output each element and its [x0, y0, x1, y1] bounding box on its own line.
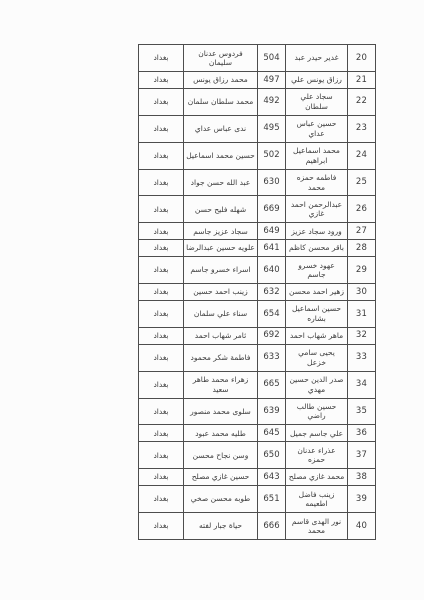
table-row: 34 صدر الدين حسين مهدي 665 زهراء محمد طا…: [139, 371, 376, 398]
city-cell: بغداد: [139, 169, 184, 196]
student-name-cell: صدر الدين حسين مهدي: [286, 371, 348, 398]
row-number-cell: 29: [348, 257, 376, 284]
score-cell: 692: [258, 327, 286, 344]
second-name-cell: حياة جبار لفته: [184, 513, 258, 540]
second-name-cell: سجاد عزيز جاسم: [184, 223, 258, 240]
row-number-cell: 40: [348, 513, 376, 540]
second-name-cell: ثامر شهاب احمد: [184, 327, 258, 344]
student-name-cell: حسين عباس عداي: [286, 115, 348, 142]
city-cell: بغداد: [139, 71, 184, 88]
second-name-cell: عبد الله حسن جواد: [184, 169, 258, 196]
score-cell: 504: [258, 45, 286, 72]
score-cell: 633: [258, 344, 286, 371]
score-cell: 669: [258, 196, 286, 223]
score-cell: 641: [258, 240, 286, 257]
score-cell: 497: [258, 71, 286, 88]
row-number-cell: 21: [348, 71, 376, 88]
table-row: 38 محمد غازي مصلح 643 حسين غازي مصلح بغد…: [139, 469, 376, 486]
student-name-cell: حسين طالب راضي: [286, 398, 348, 425]
second-name-cell: حسين محمد اسماعيل: [184, 142, 258, 169]
row-number-cell: 32: [348, 327, 376, 344]
student-name-cell: غدير حيدر عبد: [286, 45, 348, 72]
second-name-cell: اسراء خسرو جاسم: [184, 257, 258, 284]
city-cell: بغداد: [139, 513, 184, 540]
table-row: 27 ورود سجاد عزيز 649 سجاد عزيز جاسم بغد…: [139, 223, 376, 240]
scanned-page: 20 غدير حيدر عبد 504 فردوس عدنان سليمان …: [0, 0, 424, 600]
table-row: 29 عهود خسرو جاسم 640 اسراء خسرو جاسم بغ…: [139, 257, 376, 284]
student-name-cell: ورود سجاد عزيز: [286, 223, 348, 240]
second-name-cell: سلوى محمد منصور: [184, 398, 258, 425]
student-name-cell: محمد اسماعيل ابراهيم: [286, 142, 348, 169]
second-name-cell: فاطمة شكر محمود: [184, 344, 258, 371]
city-cell: بغداد: [139, 344, 184, 371]
student-name-cell: باقر محسن كاظم: [286, 240, 348, 257]
student-name-cell: عذراء عدنان حمزه: [286, 442, 348, 469]
table-row: 24 محمد اسماعيل ابراهيم 502 حسين محمد اس…: [139, 142, 376, 169]
student-name-cell: فاطمه حمزه محمد: [286, 169, 348, 196]
city-cell: بغداد: [139, 398, 184, 425]
second-name-cell: فردوس عدنان سليمان: [184, 45, 258, 72]
row-number-cell: 24: [348, 142, 376, 169]
row-number-cell: 36: [348, 425, 376, 442]
city-cell: بغداد: [139, 371, 184, 398]
score-cell: 639: [258, 398, 286, 425]
table-row: 22 سجاد علي سلطان 492 محمد سلطان سلمان ب…: [139, 88, 376, 115]
row-number-cell: 22: [348, 88, 376, 115]
score-cell: 651: [258, 486, 286, 513]
student-name-cell: عبدالرحمن احمد غازي: [286, 196, 348, 223]
table-row: 40 نور الهدى قاسم محمد 666 حياة جبار لفت…: [139, 513, 376, 540]
table-row: 25 فاطمه حمزه محمد 630 عبد الله حسن جواد…: [139, 169, 376, 196]
second-name-cell: وسن نجاح محسن: [184, 442, 258, 469]
city-cell: بغداد: [139, 45, 184, 72]
city-cell: بغداد: [139, 240, 184, 257]
second-name-cell: علويه حسين عبدالرضا: [184, 240, 258, 257]
score-cell: 632: [258, 284, 286, 301]
table-row: 39 زينب فاضل اطعيمه 651 طوبه محسن صخي بغ…: [139, 486, 376, 513]
city-cell: بغداد: [139, 284, 184, 301]
table-row: 35 حسين طالب راضي 639 سلوى محمد منصور بغ…: [139, 398, 376, 425]
student-name-cell: عهود خسرو جاسم: [286, 257, 348, 284]
student-name-cell: زينب فاضل اطعيمه: [286, 486, 348, 513]
second-name-cell: زهراء محمد طاهر سعيد: [184, 371, 258, 398]
table-row: 31 حسين اسماعيل بشاره 654 سناء علي سلمان…: [139, 300, 376, 327]
row-number-cell: 34: [348, 371, 376, 398]
student-name-cell: زهير احمد محسن: [286, 284, 348, 301]
score-cell: 665: [258, 371, 286, 398]
row-number-cell: 20: [348, 45, 376, 72]
city-cell: بغداد: [139, 257, 184, 284]
score-cell: 630: [258, 169, 286, 196]
second-name-cell: سناء علي سلمان: [184, 300, 258, 327]
city-cell: بغداد: [139, 115, 184, 142]
row-number-cell: 39: [348, 486, 376, 513]
row-number-cell: 33: [348, 344, 376, 371]
city-cell: بغداد: [139, 196, 184, 223]
city-cell: بغداد: [139, 142, 184, 169]
student-name-cell: علي جاسم جميل: [286, 425, 348, 442]
score-cell: 502: [258, 142, 286, 169]
row-number-cell: 38: [348, 469, 376, 486]
student-name-cell: محمد غازي مصلح: [286, 469, 348, 486]
city-cell: بغداد: [139, 486, 184, 513]
row-number-cell: 30: [348, 284, 376, 301]
table-row: 23 حسين عباس عداي 495 ندى عباس عداي بغدا…: [139, 115, 376, 142]
student-name-cell: ماهر شهاب احمد: [286, 327, 348, 344]
student-name-cell: رزاق يونس علي: [286, 71, 348, 88]
city-cell: بغداد: [139, 327, 184, 344]
second-name-cell: زينب احمد حسين: [184, 284, 258, 301]
score-cell: 492: [258, 88, 286, 115]
city-cell: بغداد: [139, 469, 184, 486]
row-number-cell: 35: [348, 398, 376, 425]
score-cell: 666: [258, 513, 286, 540]
student-name-cell: نور الهدى قاسم محمد: [286, 513, 348, 540]
second-name-cell: ندى عباس عداي: [184, 115, 258, 142]
second-name-cell: حسين غازي مصلح: [184, 469, 258, 486]
student-name-cell: سجاد علي سلطان: [286, 88, 348, 115]
table-row: 37 عذراء عدنان حمزه 650 وسن نجاح محسن بغ…: [139, 442, 376, 469]
second-name-cell: طوبه محسن صخي: [184, 486, 258, 513]
table-row: 21 رزاق يونس علي 497 محمد رزاق يونس بغدا…: [139, 71, 376, 88]
second-name-cell: محمد رزاق يونس: [184, 71, 258, 88]
row-number-cell: 26: [348, 196, 376, 223]
row-number-cell: 37: [348, 442, 376, 469]
score-cell: 640: [258, 257, 286, 284]
second-name-cell: طليه محمد عبود: [184, 425, 258, 442]
row-number-cell: 25: [348, 169, 376, 196]
score-cell: 495: [258, 115, 286, 142]
score-cell: 643: [258, 469, 286, 486]
results-table-body: 20 غدير حيدر عبد 504 فردوس عدنان سليمان …: [139, 45, 376, 540]
second-name-cell: شهله فليح حسن: [184, 196, 258, 223]
table-row: 32 ماهر شهاب احمد 692 ثامر شهاب احمد بغد…: [139, 327, 376, 344]
table-row: 28 باقر محسن كاظم 641 علويه حسين عبدالرض…: [139, 240, 376, 257]
row-number-cell: 27: [348, 223, 376, 240]
city-cell: بغداد: [139, 88, 184, 115]
city-cell: بغداد: [139, 300, 184, 327]
score-cell: 654: [258, 300, 286, 327]
score-cell: 649: [258, 223, 286, 240]
score-cell: 650: [258, 442, 286, 469]
score-cell: 645: [258, 425, 286, 442]
city-cell: بغداد: [139, 442, 184, 469]
row-number-cell: 28: [348, 240, 376, 257]
row-number-cell: 23: [348, 115, 376, 142]
table-row: 33 يحيى سامي خزعل 633 فاطمة شكر محمود بغ…: [139, 344, 376, 371]
table-row: 20 غدير حيدر عبد 504 فردوس عدنان سليمان …: [139, 45, 376, 72]
table-row: 30 زهير احمد محسن 632 زينب احمد حسين بغد…: [139, 284, 376, 301]
row-number-cell: 31: [348, 300, 376, 327]
second-name-cell: محمد سلطان سلمان: [184, 88, 258, 115]
table-row: 36 علي جاسم جميل 645 طليه محمد عبود بغدا…: [139, 425, 376, 442]
city-cell: بغداد: [139, 425, 184, 442]
student-name-cell: حسين اسماعيل بشاره: [286, 300, 348, 327]
results-table: 20 غدير حيدر عبد 504 فردوس عدنان سليمان …: [138, 44, 376, 540]
student-name-cell: يحيى سامي خزعل: [286, 344, 348, 371]
city-cell: بغداد: [139, 223, 184, 240]
table-row: 26 عبدالرحمن احمد غازي 669 شهله فليح حسن…: [139, 196, 376, 223]
